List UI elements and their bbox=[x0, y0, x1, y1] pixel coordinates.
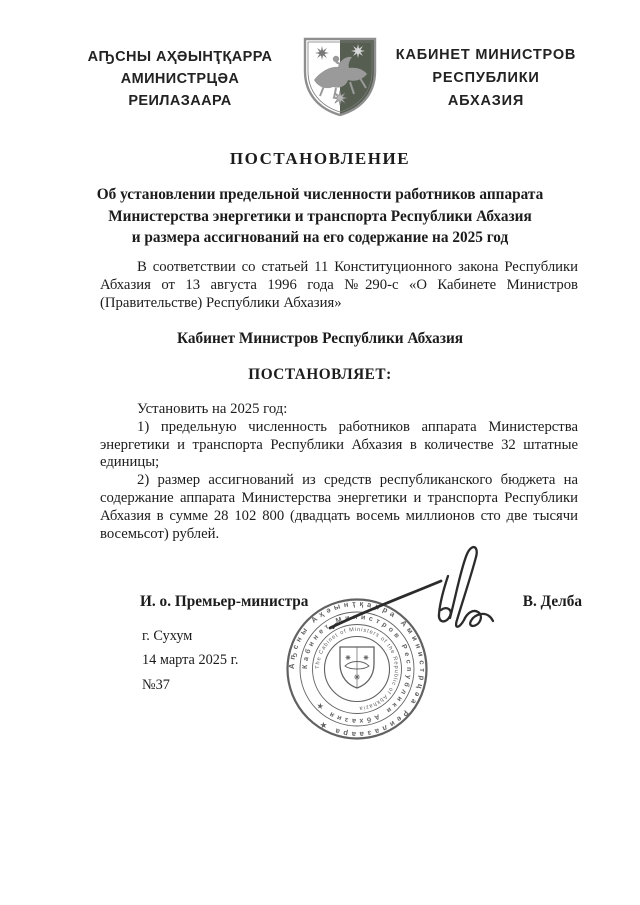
body-paragraph-item1: 1) предельную численность работников апп… bbox=[100, 419, 578, 472]
handwritten-signature-icon bbox=[300, 540, 500, 650]
coat-of-arms-icon bbox=[300, 36, 380, 118]
org-name-abkhaz-line2: АМИНИСТРЦӘА РЕИЛАЗААРА bbox=[68, 68, 292, 112]
signatory-name: В. Делба bbox=[523, 593, 582, 611]
preamble-paragraph: В соответствии со статьей 11 Конституцио… bbox=[100, 259, 578, 312]
seal-center-shield bbox=[340, 647, 374, 688]
date-line: 14 марта 2025 г. bbox=[142, 652, 238, 669]
subject-line-3: и размера ассигнований на его содержание… bbox=[60, 227, 580, 249]
enacting-word: ПОСТАНОВЛЯЕТ: bbox=[0, 366, 640, 384]
body-paragraph-item2: 2) размер ассигнований из средств респуб… bbox=[100, 472, 578, 543]
subject-line-1: Об установлении предельной численности р… bbox=[60, 184, 580, 206]
org-name-abkhaz: АҦСНЫ АҲӘЫНҬҚАРРА АМИНИСТРЦӘА РЕИЛАЗААРА bbox=[68, 46, 292, 112]
scanned-resolution-page: АҦСНЫ АҲӘЫНҬҚАРРА АМИНИСТРЦӘА РЕИЛАЗААРА… bbox=[0, 0, 640, 905]
org-name-russian: КАБИНЕТ МИНИСТРОВ РЕСПУБЛИКИ АБХАЗИЯ bbox=[392, 44, 580, 113]
document-subject: Об установлении предельной численности р… bbox=[60, 184, 580, 249]
org-name-russian-line2: РЕСПУБЛИКИ АБХАЗИЯ bbox=[392, 67, 580, 113]
document-number-line: №37 bbox=[142, 677, 170, 694]
signatory-title: И. о. Премьер-министра bbox=[140, 593, 308, 611]
place-line: г. Сухум bbox=[142, 628, 192, 645]
resolution-body: Установить на 2025 год: 1) предельную чи… bbox=[100, 401, 578, 543]
issuer-line: Кабинет Министров Республики Абхазия bbox=[0, 330, 640, 348]
subject-line-2: Министерства энергетики и транспорта Рес… bbox=[60, 206, 580, 228]
org-name-abkhaz-line1: АҦСНЫ АҲӘЫНҬҚАРРА bbox=[68, 46, 292, 68]
body-paragraph-intro: Установить на 2025 год: bbox=[100, 401, 578, 419]
document-title: ПОСТАНОВЛЕНИЕ bbox=[0, 149, 640, 169]
org-name-russian-line1: КАБИНЕТ МИНИСТРОВ bbox=[392, 44, 580, 67]
